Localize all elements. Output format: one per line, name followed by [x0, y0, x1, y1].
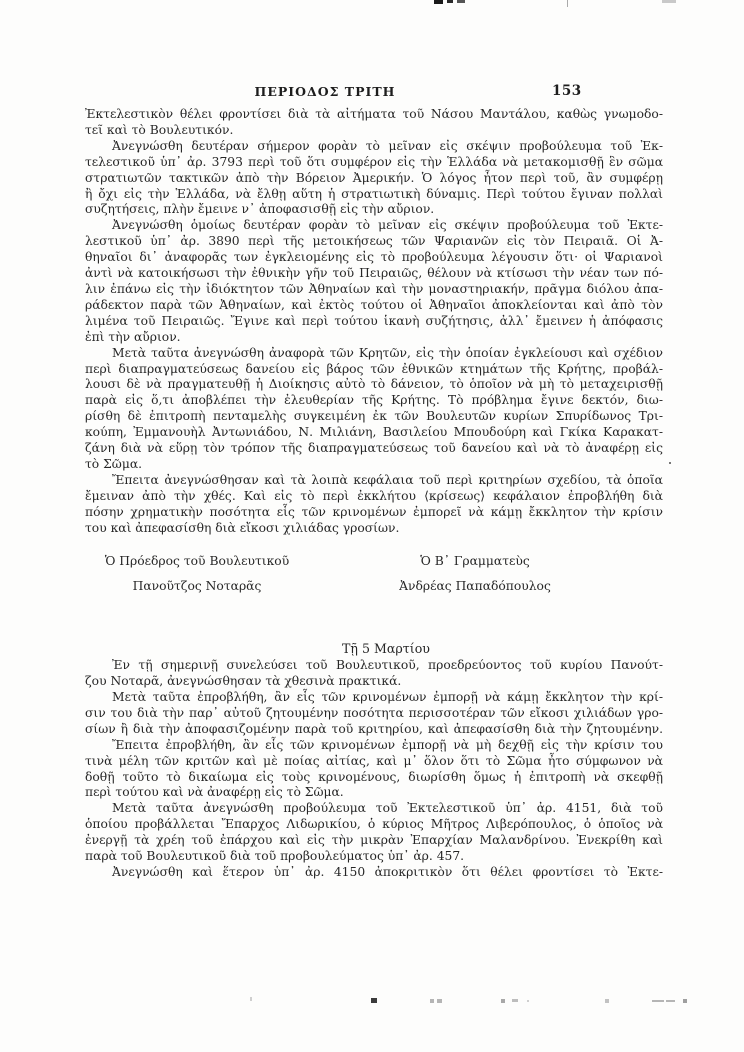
text-line: σιν του διὰ τὴν παρ᾽ αὐτοῦ ζητουμένην πο… — [85, 706, 663, 722]
scan-artifact — [501, 999, 505, 1003]
text-line: Ἐκτελεστικὸν θέλει φροντίσει διὰ τὰ αἰτή… — [85, 107, 663, 123]
text-line: ρίσθη δὲ ἐπιτροπὴ πενταμελὴς συγκειμένη … — [85, 409, 663, 425]
scan-artifact — [437, 999, 442, 1003]
paragraph: Μετὰ ταῦτα ἀνεγνώσθη ἀναφορὰ τῶν Κρητῶν,… — [85, 346, 663, 473]
signature-name: Πανοῦτζος Νοταρᾶς — [97, 579, 297, 595]
page-number: 153 — [552, 83, 582, 99]
text-line: ζου Νοταρᾶ, ἀνεγνώσθησαν τὰ χθεσινὰ πρακ… — [85, 674, 663, 690]
scan-artifact — [250, 997, 252, 1001]
text-line: θηναῖοι δι᾽ ἀναφορᾶς των ἐγκλειομένης εἰ… — [85, 250, 663, 266]
text-line: ζάνη διὰ νὰ εὕρῃ τὸν τρόπον τῆς διαπραγμ… — [85, 441, 663, 457]
paragraph: Ἀνεγνώσθη ὁμοίως δευτέραν φορὰν τὸ μεῖνα… — [85, 218, 663, 345]
text-line: ἐπὶ τὴν αὔριον. — [85, 330, 663, 346]
text-line: σίων ἢ διὰ τὴν ἀποφασιζομένην παρὰ τοῦ κ… — [85, 722, 663, 738]
scan-artifact — [457, 0, 465, 3]
scan-artifact — [430, 999, 434, 1003]
scan-artifact — [652, 1000, 664, 1002]
text-line: ἀντὶ νὰ κατοικήσωσι τὴν ἐθνικὴν γῆν τοῦ … — [85, 266, 663, 282]
signature-title: Ὁ Πρόεδρος τοῦ Βουλευτικοῦ — [97, 554, 297, 570]
paragraph: Ἔπειτα ἐπροβλήθη, ἂν εἷς τῶν κρινομένων … — [85, 738, 663, 802]
signature-name: Ἀνδρέας Παπαδόπουλος — [387, 579, 563, 595]
text-line: τελεστικοῦ ὑπ᾽ ἀρ. 3793 περὶ τοῦ ὅτι συμ… — [85, 155, 663, 171]
text-line: στρατιωτῶν τακτικῶν ἀπὸ τὴν Βόρειον Ἀμερ… — [85, 171, 663, 187]
session-minutes-2: Ἐν τῇ σημερινῇ συνελεύσει τοῦ Βουλευτικο… — [85, 658, 663, 881]
text-line: ἔμειναν ἀπὸ τὴν χθές. Καὶ εἰς τὸ περὶ ἐκ… — [85, 489, 663, 505]
paragraph: Ἐν τῇ σημερινῇ συνελεύσει τοῦ Βουλευτικο… — [85, 658, 663, 690]
text-line: λιν ἐπάνω εἰς τὴν ἰδιόκτητον τῶν Ἀθηναίω… — [85, 282, 663, 298]
text-line: τεῖ καὶ τὸ Βουλευτικόν. — [85, 123, 663, 139]
date-heading: Τῇ 5 Μαρτίου — [85, 641, 663, 657]
text-line: λεστικοῦ ὑπ᾽ ἀρ. 3890 περὶ τῆς μετοικήσε… — [85, 234, 663, 250]
text-line: Ἔπειτα ἀνεγνώσθησαν καὶ τὰ λοιπὰ κεφάλαι… — [85, 473, 663, 489]
text-line: περὶ διαπραγματεύσεως δανείου εἰς βάρος … — [85, 362, 663, 378]
text-line: Ἀνεγνώσθη δευτέραν σήμερον φορὰν τὸ μεῖν… — [85, 139, 663, 155]
scan-artifact — [371, 998, 377, 1003]
text-line: του καὶ ἀπεφασίσθη διὰ εἴκοσι χιλιάδας γ… — [85, 521, 663, 537]
text-line: Μετὰ ταῦτα ἀνεγνώσθη ἀναφορὰ τῶν Κρητῶν,… — [85, 346, 663, 362]
scan-artifact — [567, 0, 568, 7]
scan-artifact — [605, 999, 609, 1003]
text-line: λουσι δὲ νὰ πραγματευθῇ ἡ Διοίκησις αὐτὸ… — [85, 377, 663, 393]
scan-artifact — [512, 999, 518, 1002]
signature-left: Ὁ Πρόεδρος τοῦ Βουλευτικοῦ Πανοῦτζος Νοτ… — [97, 554, 297, 595]
scan-artifact — [683, 999, 687, 1003]
scan-artifact — [447, 0, 453, 3]
text-line: λιμένα τοῦ Πειραιῶς. Ἔγινε καὶ περὶ τούτ… — [85, 314, 663, 330]
paragraph: Ἔπειτα ἀνεγνώσθησαν καὶ τὰ λοιπὰ κεφάλαι… — [85, 473, 663, 537]
paragraph: Ἀνεγνώσθη δευτέραν σήμερον φορὰν τὸ μεῖν… — [85, 139, 663, 219]
text-line: ἢ ὄχι εἰς τὴν Ἑλλάδα, νὰ ἔλθῃ αὕτη ἡ στρ… — [85, 187, 663, 203]
text-line: τινὰ μέλη τῶν κριτῶν καὶ μὲ ποίας αἰτίας… — [85, 754, 663, 770]
signature-block: Ὁ Πρόεδρος τοῦ Βουλευτικοῦ Πανοῦτζος Νοτ… — [85, 554, 663, 595]
signature-right: Ὁ Β᾽ Γραμματεὺς Ἀνδρέας Παπαδόπουλος — [387, 554, 563, 595]
text-column: Ἐκτελεστικὸν θέλει φροντίσει διὰ τὰ αἰτή… — [85, 107, 663, 881]
paragraph: Μετὰ ταῦτα ἀνεγνώσθη προβούλευμα τοῦ Ἐκτ… — [85, 801, 663, 865]
text-line: παρὰ εἰς ὅ,τι ἀποβλέπει τὴν ἐλευθερίαν τ… — [85, 393, 663, 409]
scan-artifact — [669, 462, 671, 464]
text-line: ράδεκτον παρὰ τῶν Ἀθηναίων, καὶ ἐκτὸς το… — [85, 298, 663, 314]
text-line: Ἐν τῇ σημερινῇ συνελεύσει τοῦ Βουλευτικο… — [85, 658, 663, 674]
text-line: Ἔπειτα ἐπροβλήθη, ἂν εἷς τῶν κρινομένων … — [85, 738, 663, 754]
text-line: Ἀνεγνώσθη καὶ ἕτερον ὑπ᾽ ἀρ. 4150 ἀποκρι… — [85, 865, 663, 881]
running-title: ΠΕΡΙΟΔΟΣ ΤΡΙΤΗ — [255, 84, 396, 99]
text-line: παρὰ τοῦ Βουλευτικοῦ διὰ τοῦ προβουλεύμα… — [85, 849, 663, 865]
scanned-document-page: ΠΕΡΙΟΔΟΣ ΤΡΙΤΗ 153 Ἐκτελεστικὸν θέλει φρ… — [0, 0, 744, 1052]
scan-artifact — [666, 1000, 675, 1002]
text-line: Ἀνεγνώσθη ὁμοίως δευτέραν φορὰν τὸ μεῖνα… — [85, 218, 663, 234]
text-line: κούπη, Ἐμμανουὴλ Ἀντωνιάδου, Ν. Μιλιάνη,… — [85, 425, 663, 441]
scan-artifact — [662, 0, 676, 3]
text-line: Μετὰ ταῦτα ἀνεγνώσθη προβούλευμα τοῦ Ἐκτ… — [85, 801, 663, 817]
text-line: τὸ Σῶμα. — [85, 457, 663, 473]
paragraph: Μετὰ ταῦτα ἐπροβλήθη, ἂν εἷς τῶν κρινομέ… — [85, 690, 663, 738]
signature-title: Ὁ Β᾽ Γραμματεὺς — [387, 554, 563, 570]
text-line: πόσην χρηματικὴν ποσότητα εἷς τῶν κρινομ… — [85, 505, 663, 521]
paragraph: Ἐκτελεστικὸν θέλει φροντίσει διὰ τὰ αἰτή… — [85, 107, 663, 139]
text-line: Μετὰ ταῦτα ἐπροβλήθη, ἂν εἷς τῶν κρινομέ… — [85, 690, 663, 706]
scan-artifact — [434, 0, 443, 4]
paragraph: Ἀνεγνώσθη καὶ ἕτερον ὑπ᾽ ἀρ. 4150 ἀποκρι… — [85, 865, 663, 881]
text-line: συζητήσεις, πλὴν ἔμεινε ν᾽ ἀποφασισθῇ εἰ… — [85, 202, 663, 218]
text-line: ὁποίου προβάλλεται Ἔπαρχος Λιδωρικίου, ὁ… — [85, 817, 663, 833]
text-line: ἐνεργῇ τὰ χρέη τοῦ ἐπάρχου καὶ εἰς τὴν μ… — [85, 833, 663, 849]
session-minutes-1: Ἐκτελεστικὸν θέλει φροντίσει διὰ τὰ αἰτή… — [85, 107, 663, 595]
text-line: περὶ τούτου καὶ νὰ ἀναφέρῃ εἰς τὸ Σῶμα. — [85, 785, 663, 801]
scan-artifact — [527, 1000, 529, 1002]
text-line: δοθῇ τοῦτο τὸ δικαίωμα εἰς τοὺς κρινομέν… — [85, 770, 663, 786]
